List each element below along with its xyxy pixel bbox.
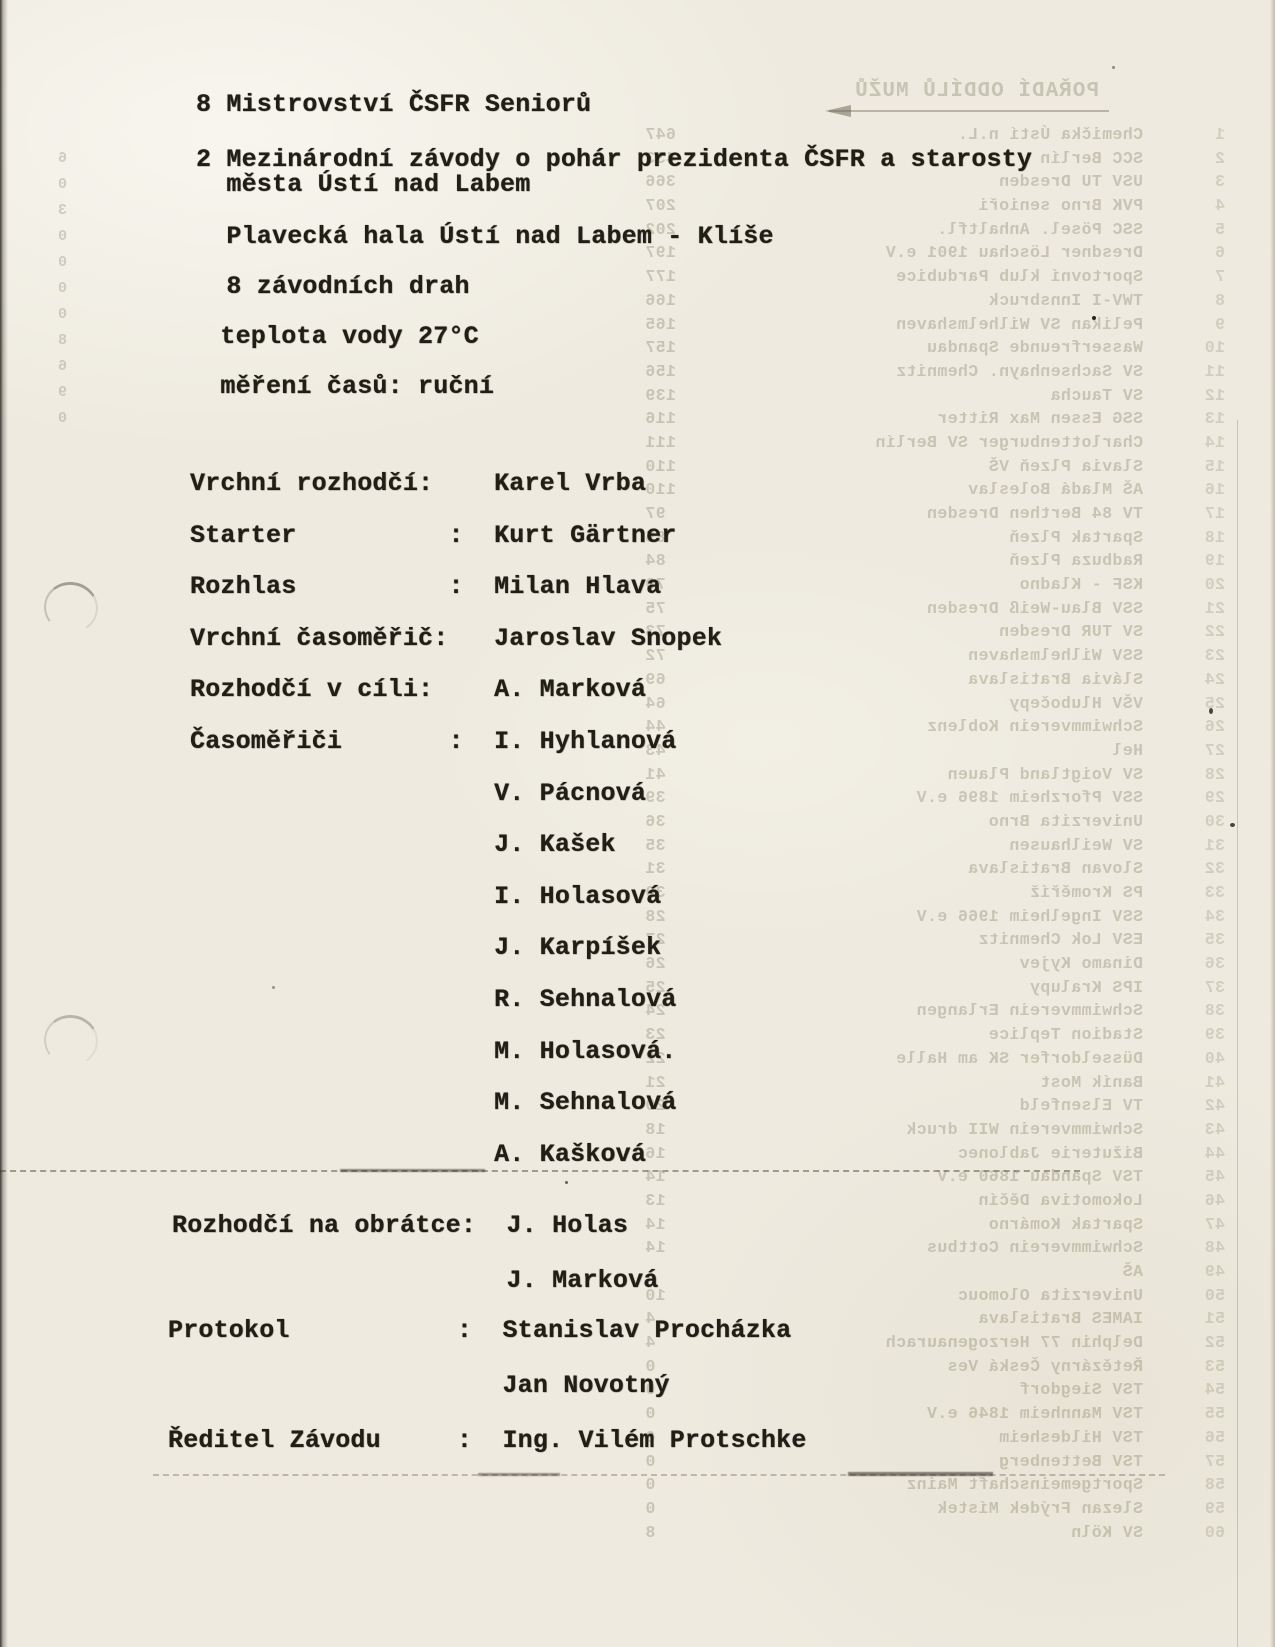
official-name: Milan Hlava <box>494 572 661 601</box>
bleedthrough-club-name: Wasserfreunde Spandau <box>691 338 1143 362</box>
officials-roster: Vrchní rozhodčí: Karel Vrba Starter : Ku… <box>190 458 722 1180</box>
bleedthrough-club-name: Univerzita Olomouc <box>691 1286 1143 1310</box>
bleedthrough-club-name: Charlottenburger SV Berlín <box>691 433 1143 457</box>
bleedthrough-club-rank: 31 <box>1143 836 1225 860</box>
bleedthrough-club-name: TV 84 Berthen Dresden <box>691 504 1143 528</box>
bleedthrough-club-row: 15 Slavia Plzeň VŠ 110 <box>645 457 1225 481</box>
bleedthrough-club-name: Sportgemeinschaft Mainz <box>691 1475 1143 1499</box>
bleedthrough-club-name: Düsseldorfer SK am Halle <box>691 1049 1143 1073</box>
bleedthrough-club-row: 12 SV Taucha 139 <box>645 386 1225 410</box>
bleedthrough-club-name: Dinamo Kyjev <box>691 954 1143 978</box>
official-role-label: Rozhlas : <box>190 572 494 601</box>
bleedthrough-club-name: Lokomotiva Děčín <box>691 1191 1143 1215</box>
official-name: V. Pácnová <box>494 779 646 808</box>
bleedthrough-club-row: 16 AŠ Mladá Boleslav 110 <box>645 480 1225 504</box>
bleedthrough-club-rank: 8 <box>1143 291 1225 315</box>
bleedthrough-digit: 8 <box>58 328 67 354</box>
bleedthrough-club-name: Řetězárny Česká Ves <box>691 1357 1143 1381</box>
protocol-row-2: Jan Novotný <box>168 1372 670 1400</box>
bleedthrough-club-rank: 50 <box>1143 1286 1225 1310</box>
bleedthrough-club-row: 27 Hel 43 <box>645 741 1225 765</box>
bleedthrough-digit: 0 <box>58 302 67 328</box>
bleedthrough-club-row: 39 Stadion Teplice 23 <box>645 1025 1225 1049</box>
bleedthrough-club-row: 59 Slezan Frýdek Místek 0 <box>645 1499 1225 1523</box>
bleedthrough-club-rank: 3 <box>1143 172 1225 196</box>
official-row: Vrchní rozhodčí: Karel Vrba <box>190 458 722 510</box>
race-director-label: Ředitel Závodu : <box>168 1426 502 1455</box>
turn-judge-name: J. Holas <box>506 1211 628 1240</box>
bleedthrough-digit: 0 <box>58 224 67 250</box>
official-role-label <box>190 830 494 859</box>
bleedthrough-club-score: 0 <box>645 1452 691 1476</box>
bleedthrough-club-row: 48 Schwimmverein Cottbus 14 <box>645 1238 1225 1262</box>
bleedthrough-club-row: 23 SSV Wilhelmshaven 72 <box>645 646 1225 670</box>
official-row: M. Holasová. <box>190 1026 722 1078</box>
bleedthrough-club-name: SV Voigtland Plauen <box>691 765 1143 789</box>
bleedthrough-club-rank: 21 <box>1143 599 1225 623</box>
bleedthrough-left-digit-column: 6 0 3 0 0 0 0 8 6 9 0 <box>58 146 67 432</box>
official-role-label: Rozhodčí v cíli: <box>190 675 494 704</box>
scanned-document-page: POŘADÍ ODDÍLŮ MUŽŮ 1 Chemička Ústí n.L. … <box>0 0 1275 1647</box>
bleedthrough-club-score: 0 <box>645 1475 691 1499</box>
bleedthrough-digit: 6 <box>58 354 67 380</box>
bleedthrough-club-rank: 43 <box>1143 1120 1225 1144</box>
turn-judge-name-2: J. Marková <box>506 1266 658 1295</box>
bleedthrough-club-row: 58 Sportgemeinschaft Mainz 0 <box>645 1475 1225 1499</box>
official-role-label: Vrchní rozhodčí: <box>190 469 494 498</box>
bleedthrough-digit: 9 <box>58 380 67 406</box>
bleedthrough-club-score: 139 <box>645 386 691 410</box>
bleedthrough-club-name: Schwimmverein Cottbus <box>691 1238 1143 1262</box>
bleedthrough-club-name: TWV-I Innsbruck <box>691 291 1143 315</box>
bleedthrough-club-row: 34 SSV Ingelheim 1966 e.V 28 <box>645 907 1225 931</box>
bleedthrough-club-name: SV Taucha <box>691 386 1143 410</box>
bleedthrough-club-rank: 23 <box>1143 646 1225 670</box>
bleedthrough-club-row: 32 Slovan Bratislava 31 <box>645 859 1225 883</box>
bleedthrough-title: POŘADÍ ODDÍLŮ MUŽŮ <box>799 80 1099 103</box>
official-row: J. Kašek <box>190 819 722 871</box>
official-name: R. Sehnalová <box>494 985 676 1014</box>
bleedthrough-club-rank: 40 <box>1143 1049 1225 1073</box>
bleedthrough-club-row: 33 PS Kroměříž 30 <box>645 883 1225 907</box>
turn-judge-row-2: J. Marková <box>172 1267 659 1295</box>
bleedthrough-club-rank: 10 <box>1143 338 1225 362</box>
bleedthrough-club-name: Bižuterie Jablonec <box>691 1144 1143 1168</box>
bleedthrough-club-name: AŠ Mladá Boleslav <box>691 480 1143 504</box>
lanes-line: 8 závodních drah <box>196 273 470 301</box>
bleedthrough-club-rank: 19 <box>1143 551 1225 575</box>
bleedthrough-digit: 0 <box>58 276 67 302</box>
bleedthrough-club-rank: 6 <box>1143 243 1225 267</box>
bleedthrough-club-name: Spartak Plzeň <box>691 528 1143 552</box>
bleedthrough-club-name: SV Weilhausen <box>691 836 1143 860</box>
turn-judge-spacer <box>172 1266 506 1295</box>
bleedthrough-club-row: 26 Schwimmverein Koblenz 44 <box>645 717 1225 741</box>
official-name: M. Holasová. <box>494 1037 676 1066</box>
bleedthrough-club-row: 4 PVK Brno senioři 207 <box>645 196 1225 220</box>
bleedthrough-club-row: 55 TSV Mannheim 1846 e.V 0 <box>645 1404 1225 1428</box>
bleedthrough-club-row: 17 TV 84 Berthen Dresden 97 <box>645 504 1225 528</box>
bleedthrough-club-rank: 37 <box>1143 978 1225 1002</box>
official-role-label <box>190 985 494 1014</box>
bleedthrough-club-name: SV Sachsenhayn. Chemnitz <box>691 362 1143 386</box>
protocol-name-2: Jan Novotný <box>502 1371 669 1400</box>
official-role-label: Starter : <box>190 521 494 550</box>
ink-speck <box>1092 316 1096 320</box>
bleedthrough-club-score: 207 <box>645 196 691 220</box>
bleedthrough-club-row: 35 ESV Lok Chemnitz 27 <box>645 930 1225 954</box>
official-name: J. Karpíšek <box>494 933 661 962</box>
bleedthrough-club-rank: 55 <box>1143 1404 1225 1428</box>
bleedthrough-club-name: USV TU Dresden <box>691 172 1143 196</box>
bleedthrough-club-score: 177 <box>645 267 691 291</box>
race-director-name: Ing. Vilém Protschke <box>502 1426 806 1455</box>
bleedthrough-club-name: PS Kroměříž <box>691 883 1143 907</box>
bleedthrough-club-row: 10 Wasserfreunde Spandau 157 <box>645 338 1225 362</box>
bleedthrough-club-rank: 26 <box>1143 717 1225 741</box>
official-role-label <box>190 933 494 962</box>
bleedthrough-club-score: 165 <box>645 315 691 339</box>
bleedthrough-club-row: 43 Schwimmverein WII druck 18 <box>645 1120 1225 1144</box>
official-row: R. Sehnalová <box>190 974 722 1026</box>
bleedthrough-club-row: 38 Schwimmverein Erlangen 24 <box>645 1001 1225 1025</box>
official-name: M. Sehnalová <box>494 1088 676 1117</box>
bleedthrough-club-row: 25 VŠV Hlubočepy 64 <box>645 694 1225 718</box>
bleedthrough-club-rank: 33 <box>1143 883 1225 907</box>
bleedthrough-club-rank: 54 <box>1143 1380 1225 1404</box>
dashed-separator-bottom-smudge-2 <box>848 1472 993 1476</box>
bleedthrough-club-name: Pelikan SV Wilhelmshaven <box>691 315 1143 339</box>
bleedthrough-club-row: 14 Charlottenburger SV Berlín 111 <box>645 433 1225 457</box>
bleedthrough-club-score: 166 <box>645 291 691 315</box>
bleedthrough-club-rank: 12 <box>1143 386 1225 410</box>
bleedthrough-club-name: Schwimmverein Erlangen <box>691 1001 1143 1025</box>
official-row: Časoměřiči : I. Hyhlanová <box>190 716 722 768</box>
bleedthrough-club-rank: 41 <box>1143 1073 1225 1097</box>
bleedthrough-club-score: 14 <box>645 1215 691 1239</box>
bleedthrough-club-name: PVK Brno senioři <box>691 196 1143 220</box>
bleedthrough-club-score: 13 <box>645 1191 691 1215</box>
bleedthrough-club-rank: 39 <box>1143 1025 1225 1049</box>
bleedthrough-club-rank: 13 <box>1143 409 1225 433</box>
official-name: A. Kašková <box>494 1140 646 1169</box>
bleedthrough-club-rank: 16 <box>1143 480 1225 504</box>
bleedthrough-club-rank: 38 <box>1143 1001 1225 1025</box>
bleedthrough-club-name: VŠV Hlubočepy <box>691 694 1143 718</box>
bleedthrough-club-name: Baník Most <box>691 1073 1143 1097</box>
bleedthrough-club-row: 24 Slávia Bratislava 69 <box>645 670 1225 694</box>
bleedthrough-club-rank: 34 <box>1143 907 1225 931</box>
bleedthrough-club-name: TSV Mannheim 1846 e.V <box>691 1404 1143 1428</box>
official-name: A. Marková <box>494 675 646 704</box>
official-row: Rozhlas : Milan Hlava <box>190 561 722 613</box>
bleedthrough-club-name: Slovan Bratislava <box>691 859 1143 883</box>
bleedthrough-club-score: 8 <box>645 1523 691 1547</box>
bleedthrough-club-row: 49 AŠ <box>645 1262 1225 1286</box>
bleedthrough-club-row: 50 Univerzita Olomouc 10 <box>645 1286 1225 1310</box>
official-role-label: Časoměřiči : <box>190 727 494 756</box>
bleedthrough-club-name: Slávia Bratislava <box>691 670 1143 694</box>
official-name: Karel Vrba <box>494 469 646 498</box>
official-row: Starter : Kurt Gärtner <box>190 510 722 562</box>
bleedthrough-title-underline <box>829 110 1109 112</box>
bleedthrough-club-name: Sportovní klub Pardubice <box>691 267 1143 291</box>
bleedthrough-club-row: 36 Dinamo Kyjev 26 <box>645 954 1225 978</box>
bleedthrough-club-rank: 18 <box>1143 528 1225 552</box>
bleedthrough-digit: 0 <box>58 250 67 276</box>
bleedthrough-club-row: 37 IPS Kralupy 25 <box>645 978 1225 1002</box>
venue-line: Plavecká hala Ústí nad Labem - Klíše <box>196 223 774 251</box>
bleedthrough-club-name: SSV Wilhelmshaven <box>691 646 1143 670</box>
bleedthrough-club-row: 22 SV TUR Dresden 73 <box>645 622 1225 646</box>
bleedthrough-digit: 0 <box>58 406 67 432</box>
bleedthrough-club-rank: 14 <box>1143 433 1225 457</box>
title-city: města Ústí nad Labem <box>196 171 530 199</box>
bleedthrough-club-rank: 56 <box>1143 1428 1225 1452</box>
bleedthrough-club-rank: 30 <box>1143 812 1225 836</box>
official-role-label <box>190 1140 494 1169</box>
bleedthrough-club-name: AŠ <box>691 1262 1143 1286</box>
bleedthrough-club-rank: 53 <box>1143 1357 1225 1381</box>
bleedthrough-digit: 6 <box>58 146 67 172</box>
bleedthrough-club-row: 21 SSV Blau-Weiß Dresden 75 <box>645 599 1225 623</box>
bleedthrough-club-name: TV Elsenfeld <box>691 1096 1143 1120</box>
bleedthrough-club-row: 9 Pelikan SV Wilhelmshaven 165 <box>645 315 1225 339</box>
bleedthrough-club-score: 14 <box>645 1238 691 1262</box>
punch-hole-shadow-top <box>40 578 102 638</box>
bleedthrough-club-row: 46 Lokomotiva Děčín 13 <box>645 1191 1225 1215</box>
bleedthrough-club-name: Radbuza Plzeň <box>691 551 1143 575</box>
bleedthrough-club-score: 366 <box>645 172 691 196</box>
bleedthrough-club-score: 116 <box>645 409 691 433</box>
bleedthrough-club-rank: 11 <box>1143 362 1225 386</box>
official-row: Vrchní časoměřič: Jaroslav Snopek <box>190 613 722 665</box>
bleedthrough-club-rank: 47 <box>1143 1215 1225 1239</box>
bleedthrough-club-rank: 25 <box>1143 694 1225 718</box>
bleedthrough-club-rank: 15 <box>1143 457 1225 481</box>
bleedthrough-club-rank: 20 <box>1143 575 1225 599</box>
bleedthrough-club-name: Univerzita Brno <box>691 812 1143 836</box>
bleedthrough-club-score: 111 <box>645 433 691 457</box>
ink-speck <box>1230 823 1235 827</box>
official-name: Jaroslav Snopek <box>494 624 722 653</box>
bleedthrough-club-row: 42 TV Elsenfeld 20 <box>645 1096 1225 1120</box>
bleedthrough-club-row: 11 SV Sachsenhayn. Chemnitz 156 <box>645 362 1225 386</box>
timing-method-line: měření časů: ruční <box>190 373 494 401</box>
ink-speck <box>1112 66 1115 69</box>
bleedthrough-club-rank: 29 <box>1143 788 1225 812</box>
bleedthrough-club-row: 47 Spartak Komárno 14 <box>645 1215 1225 1239</box>
official-role-label <box>190 1037 494 1066</box>
bleedthrough-club-row: 19 Radbuza Plzeň 84 <box>645 551 1225 575</box>
bleedthrough-club-name: SV TUR Dresden <box>691 622 1143 646</box>
bleedthrough-club-name: Slavia Plzeň VŠ <box>691 457 1143 481</box>
official-name: J. Kašek <box>494 830 616 859</box>
scan-fold-line <box>1237 420 1238 1647</box>
bleedthrough-club-row: 13 SSG Essen Max Ritter 116 <box>645 409 1225 433</box>
bleedthrough-club-name: Hel <box>691 741 1143 765</box>
bleedthrough-club-rank: 9 <box>1143 315 1225 339</box>
race-director-row: Ředitel Závodu : Ing. Vilém Protschke <box>168 1427 807 1455</box>
bleedthrough-club-rank: 42 <box>1143 1096 1225 1120</box>
bleedthrough-club-row: 41 Baník Most 21 <box>645 1073 1225 1097</box>
bleedthrough-club-rank: 5 <box>1143 220 1225 244</box>
bleedthrough-club-rank: 52 <box>1143 1333 1225 1357</box>
bleedthrough-club-score: 157 <box>645 338 691 362</box>
scan-edge-left <box>0 0 8 1647</box>
dashed-separator-bottom-smudge-1 <box>478 1473 560 1476</box>
bleedthrough-club-rank: 32 <box>1143 859 1225 883</box>
bleedthrough-club-rank: 60 <box>1143 1523 1225 1547</box>
bleedthrough-club-row: 3 USV TU Dresden 366 <box>645 172 1225 196</box>
water-temperature-line: teplota vody 27°C <box>190 323 479 351</box>
bleedthrough-club-score: 0 <box>645 1499 691 1523</box>
bleedthrough-club-rank: 2 <box>1143 149 1225 173</box>
bleedthrough-club-row: 53 Řetězárny Česká Ves 0 <box>645 1357 1225 1381</box>
bleedthrough-club-name: SSV Ingelheim 1966 e.V <box>691 907 1143 931</box>
official-role-label <box>190 1088 494 1117</box>
bleedthrough-club-rank: 27 <box>1143 741 1225 765</box>
official-name: I. Holasová <box>494 882 661 911</box>
bleedthrough-club-name: TSV Siegdorf <box>691 1380 1143 1404</box>
bleedthrough-club-score: 0 <box>645 1404 691 1428</box>
official-name: Kurt Gärtner <box>494 521 676 550</box>
bleedthrough-club-row: 60 SV Köln 8 <box>645 1523 1225 1547</box>
bleedthrough-club-rank: 48 <box>1143 1238 1225 1262</box>
punch-hole-shadow-bottom <box>40 1011 102 1071</box>
scan-edge-right <box>1270 0 1275 1647</box>
bleedthrough-club-rank: 49 <box>1143 1262 1225 1286</box>
ink-speck <box>272 986 275 989</box>
ink-speck <box>1209 708 1213 714</box>
bleedthrough-club-row: 44 Bižuterie Jablonec 16 <box>645 1144 1225 1168</box>
bleedthrough-club-rank: 59 <box>1143 1499 1225 1523</box>
official-row: V. Pácnová <box>190 768 722 820</box>
bleedthrough-club-rank: 58 <box>1143 1475 1225 1499</box>
bleedthrough-club-name: KSF - Kladno <box>691 575 1143 599</box>
official-row: Rozhodčí v cíli: A. Marková <box>190 664 722 716</box>
protocol-spacer <box>168 1371 502 1400</box>
bleedthrough-club-row: 29 SSV Pforzheim 1896 e.V 39 <box>645 788 1225 812</box>
official-name: I. Hyhlanová <box>494 727 676 756</box>
bleedthrough-club-score: 156 <box>645 362 691 386</box>
bleedthrough-club-name: SSG Essen Max Ritter <box>691 409 1143 433</box>
bleedthrough-club-name: ESV Lok Chemnitz <box>691 930 1143 954</box>
official-role-label <box>190 882 494 911</box>
dashed-separator-top <box>0 1170 1080 1172</box>
bleedthrough-club-row: 20 KSF - Kladno 79 <box>645 575 1225 599</box>
bleedthrough-club-name: SSV Pforzheim 1896 e.V <box>691 788 1143 812</box>
official-row: A. Kašková <box>190 1129 722 1181</box>
bleedthrough-club-rank: 46 <box>1143 1191 1225 1215</box>
bleedthrough-club-row: 54 TSV Siegdorf 0 <box>645 1380 1225 1404</box>
bleedthrough-arrow-smudge <box>825 105 851 117</box>
bleedthrough-club-row: 7 Sportovní klub Pardubice 177 <box>645 267 1225 291</box>
bleedthrough-club-name: Slezan Frýdek Místek <box>691 1499 1143 1523</box>
bleedthrough-club-name: Schwimmverein Koblenz <box>691 717 1143 741</box>
bleedthrough-digit: 3 <box>58 198 67 224</box>
official-row: I. Holasová <box>190 871 722 923</box>
bleedthrough-club-rank: 1 <box>1143 125 1225 149</box>
bleedthrough-club-row: 31 SV Weilhausen 35 <box>645 836 1225 860</box>
dashed-separator-bottom <box>153 1474 1165 1476</box>
bleedthrough-club-rank: 24 <box>1143 670 1225 694</box>
bleedthrough-club-row: 28 SV Voigtland Plauen 41 <box>645 765 1225 789</box>
bleedthrough-club-name: Schwimmverein WII druck <box>691 1120 1143 1144</box>
official-row: J. Karpíšek <box>190 922 722 974</box>
turn-judges-label: Rozhodčí na obrátce: <box>172 1211 506 1240</box>
official-role-label <box>190 779 494 808</box>
bleedthrough-club-rank: 7 <box>1143 267 1225 291</box>
bleedthrough-digit: 0 <box>58 172 67 198</box>
bleedthrough-club-name: IPS Kralupy <box>691 978 1143 1002</box>
bleedthrough-club-row: 18 Spartak Plzeň 85 <box>645 528 1225 552</box>
bleedthrough-club-row: 30 Univerzita Brno 36 <box>645 812 1225 836</box>
bleedthrough-club-rank: 44 <box>1143 1144 1225 1168</box>
bleedthrough-club-name: SV Köln <box>691 1523 1143 1547</box>
bleedthrough-club-name: SSV Blau-Weiß Dresden <box>691 599 1143 623</box>
bleedthrough-club-rank: 28 <box>1143 765 1225 789</box>
bleedthrough-club-rank: 35 <box>1143 930 1225 954</box>
bleedthrough-club-rank: 17 <box>1143 504 1225 528</box>
bleedthrough-club-rank: 57 <box>1143 1452 1225 1476</box>
bleedthrough-club-rank: 51 <box>1143 1309 1225 1333</box>
bleedthrough-club-name: Spartak Komárno <box>691 1215 1143 1239</box>
bleedthrough-club-rank: 36 <box>1143 954 1225 978</box>
bleedthrough-club-rank: 4 <box>1143 196 1225 220</box>
dashed-separator-top-smudge <box>340 1169 485 1172</box>
bleedthrough-club-rank: 45 <box>1143 1167 1225 1191</box>
title-championship: 8 Mistrovství ČSFR Seniorů <box>196 91 591 119</box>
bleedthrough-club-name: Stadion Teplice <box>691 1025 1143 1049</box>
turn-judges-row: Rozhodčí na obrátce: J. Holas <box>172 1212 628 1240</box>
official-role-label: Vrchní časoměřič: <box>190 624 494 653</box>
official-row: M. Sehnalová <box>190 1077 722 1129</box>
ink-speck <box>565 1181 568 1184</box>
protocol-row: Protokol : Stanislav Procházka <box>168 1317 791 1345</box>
bleedthrough-club-row: 8 TWV-I Innsbruck 166 <box>645 291 1225 315</box>
bleedthrough-club-row: 40 Düsseldorfer SK am Halle 22 <box>645 1049 1225 1073</box>
bleedthrough-club-rank: 22 <box>1143 622 1225 646</box>
protocol-label: Protokol : <box>168 1316 502 1345</box>
protocol-name: Stanislav Procházka <box>502 1316 791 1345</box>
